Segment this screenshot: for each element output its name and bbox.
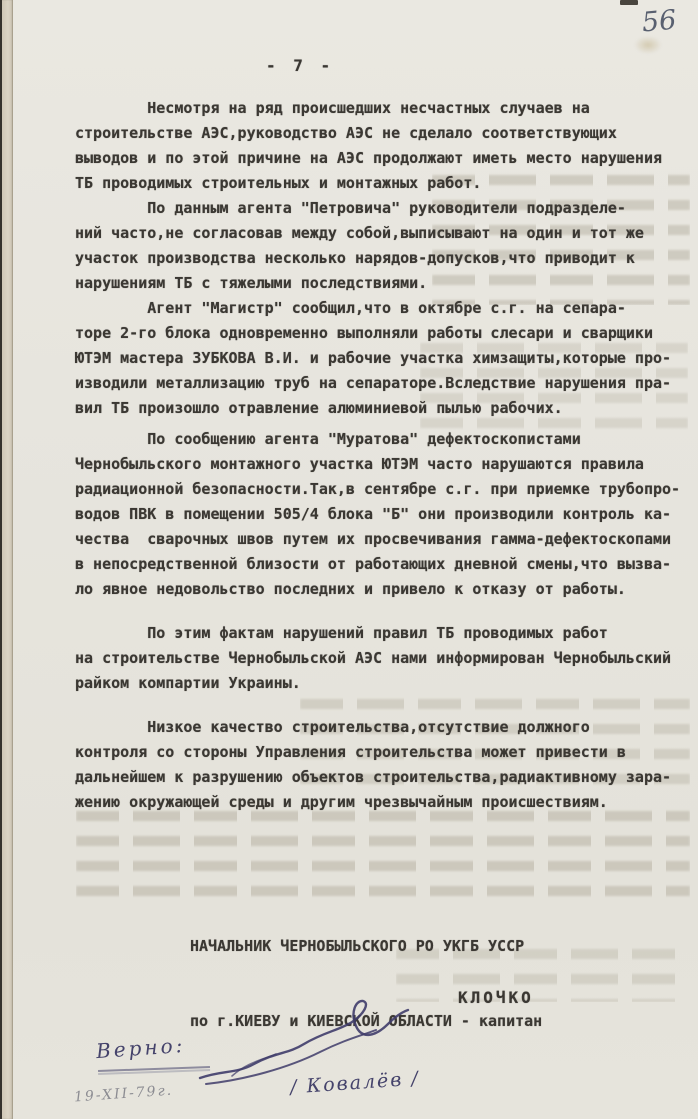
- typed-page-number: - 7 -: [266, 56, 334, 75]
- document-body: Несмотря на ряд происшедших несчастных с…: [75, 96, 695, 815]
- faint-stain: [634, 36, 662, 54]
- paragraph-2: По данным агента "Петровича" руководител…: [75, 196, 695, 296]
- paragraph-6: Низкое качество строительства,отсутствие…: [75, 715, 695, 815]
- scan-edge-strip: [2, 0, 13, 1119]
- certification-note: Верно:: [95, 1033, 186, 1063]
- paragraph-3: Агент "Магистр" сообщил,что в октябре с.…: [75, 296, 695, 421]
- handwritten-date: 19-XII-79г.: [74, 1083, 174, 1106]
- paragraph-4: По сообщению агента "Муратова" дефектоск…: [75, 427, 695, 602]
- paragraph-5: По этим фактам нарушений правил ТБ прово…: [75, 621, 695, 696]
- signed-surname: КЛОЧКО: [458, 988, 534, 1007]
- handwritten-page-number: 56: [641, 5, 678, 39]
- scanned-document-page: 56 - 7 - Несмотря на ряд происшедших нес…: [0, 0, 698, 1119]
- paragraph-1: Несмотря на ряд происшедших несчастных с…: [75, 96, 695, 196]
- scan-artifact-top: [620, 0, 638, 5]
- signature-title-line-1: НАЧАЛЬНИК ЧЕРНОБЫЛЬСКОГО РО УКГБ УССР: [190, 934, 542, 959]
